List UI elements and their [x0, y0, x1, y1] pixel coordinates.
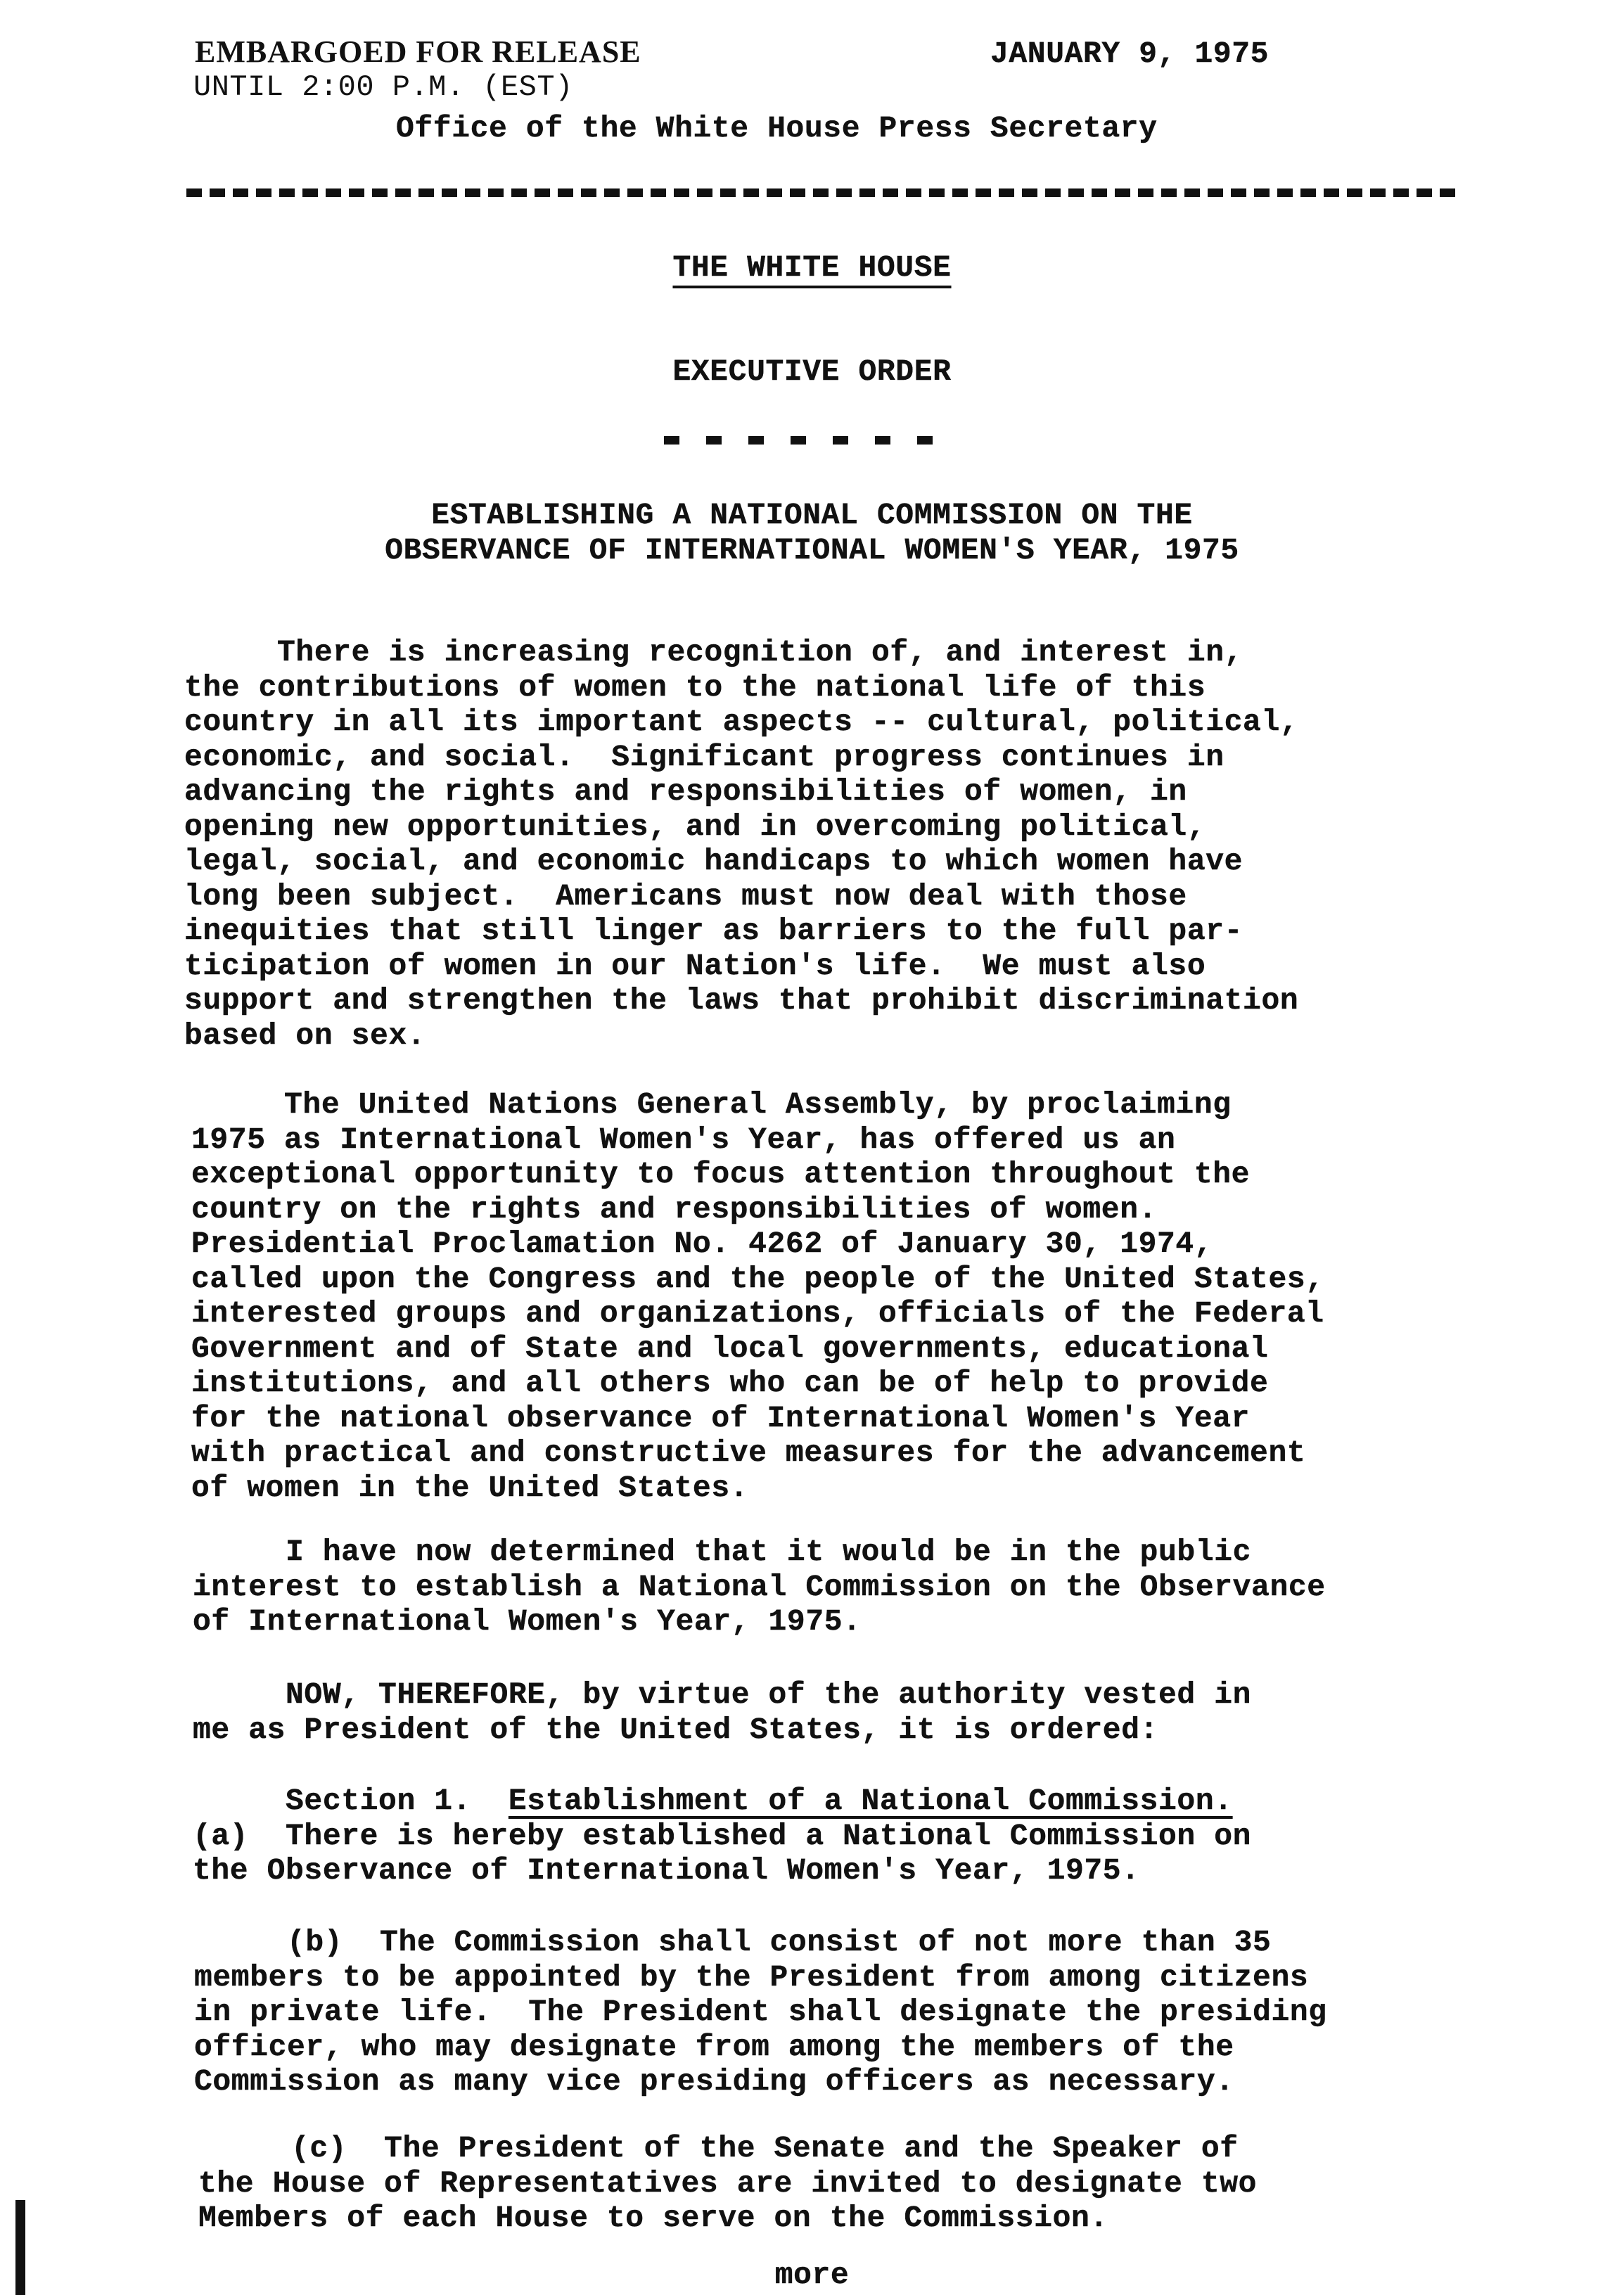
text-line: in private life. The President shall des…: [194, 1995, 1530, 2030]
text-line: institutions, and all others who can be …: [191, 1366, 1528, 1401]
text-line: (c) The President of the Senate and the …: [198, 2131, 1535, 2166]
text-line: I have now determined that it would be i…: [193, 1535, 1529, 1570]
section-1: Section 1. Establishment of a National C…: [193, 1784, 1529, 1888]
paragraph-determination: I have now determined that it would be i…: [193, 1535, 1529, 1639]
text-line: The United Nations General Assembly, by …: [191, 1087, 1528, 1123]
section-number: Section 1.: [193, 1784, 509, 1818]
dash-ornament: [664, 436, 938, 445]
text-line: support and strengthen the laws that pro…: [184, 983, 1521, 1018]
text-line: Commission as many vice presiding office…: [194, 2064, 1530, 2099]
text-line: the Observance of International Women's …: [193, 1853, 1529, 1888]
text-line: long been subject. Americans must now de…: [184, 879, 1521, 914]
issuing-office: Office of the White House Press Secretar…: [396, 111, 1158, 146]
text-line: (a) There is hereby established a Nation…: [193, 1819, 1529, 1854]
text-line: advancing the rights and responsibilitie…: [184, 774, 1521, 810]
text-line: exceptional opportunity to focus attenti…: [191, 1157, 1528, 1192]
text-line: with practical and constructive measures…: [191, 1436, 1528, 1471]
order-subject-line-1: ESTABLISHING A NATIONAL COMMISSION ON TH…: [0, 498, 1624, 533]
release-date: JANUARY 9, 1975: [990, 37, 1269, 72]
text-line: (b) The Commission shall consist of not …: [194, 1925, 1530, 1960]
text-line: opening new opportunities, and in overco…: [184, 810, 1521, 845]
paragraph-authority: NOW, THEREFORE, by virtue of the authori…: [193, 1677, 1529, 1747]
section-title: Establishment of a National Commission.: [509, 1784, 1233, 1818]
executive-order-heading: EXECUTIVE ORDER: [0, 354, 1624, 390]
text-line: for the national observance of Internati…: [191, 1401, 1528, 1436]
text-line: called upon the Congress and the people …: [191, 1262, 1528, 1297]
text-line: country in all its important aspects -- …: [184, 705, 1521, 740]
text-line: legal, social, and economic handicaps to…: [184, 844, 1521, 879]
text-line: There is increasing recognition of, and …: [184, 635, 1521, 670]
paragraph-un-proclamation: The United Nations General Assembly, by …: [191, 1087, 1528, 1505]
embargo-time: UNTIL 2:00 P.M. (EST): [193, 70, 573, 104]
paragraph-recognition: There is increasing recognition of, and …: [184, 635, 1521, 1053]
text-line: 1975 as International Women's Year, has …: [191, 1123, 1528, 1158]
text-line: interested groups and organizations, off…: [191, 1296, 1528, 1331]
text-line: of International Women's Year, 1975.: [193, 1604, 1529, 1639]
text-line: country on the rights and responsibiliti…: [191, 1192, 1528, 1227]
text-line: based on sex.: [184, 1018, 1521, 1054]
text-line: me as President of the United States, it…: [193, 1713, 1529, 1748]
text-line: NOW, THEREFORE, by virtue of the authori…: [193, 1677, 1529, 1713]
text-line: officer, who may designate from among th…: [194, 2030, 1530, 2065]
text-line: Presidential Proclamation No. 4262 of Ja…: [191, 1227, 1528, 1262]
text-line: economic, and social. Significant progre…: [184, 740, 1521, 775]
text-line: inequities that still linger as barriers…: [184, 914, 1521, 949]
continuation-marker: more: [0, 2258, 1624, 2293]
text-line: the contributions of women to the nation…: [184, 670, 1521, 705]
text-line: members to be appointed by the President…: [194, 1960, 1530, 1995]
section-1-heading-line: Section 1. Establishment of a National C…: [193, 1784, 1529, 1819]
order-subject-line-2: OBSERVANCE OF INTERNATIONAL WOMEN'S YEAR…: [0, 533, 1624, 568]
text-line: of women in the United States.: [191, 1471, 1528, 1506]
text-line: the House of Representatives are invited…: [198, 2166, 1535, 2201]
text-line: ticipation of women in our Nation's life…: [184, 949, 1521, 984]
section-1-subsection-c: (c) The President of the Senate and the …: [198, 2131, 1535, 2236]
dashed-separator: [186, 188, 1459, 197]
embargo-notice: EMBARGOED FOR RELEASE: [195, 34, 641, 70]
text-line: Government and of State and local govern…: [191, 1331, 1528, 1367]
section-1-subsection-b: (b) The Commission shall consist of not …: [194, 1925, 1530, 2099]
text-line: interest to establish a National Commiss…: [193, 1570, 1529, 1605]
text-line: Members of each House to serve on the Co…: [198, 2201, 1535, 2236]
document-page: EMBARGOED FOR RELEASE UNTIL 2:00 P.M. (E…: [0, 0, 1624, 2295]
scan-margin-mark: [15, 2200, 25, 2295]
white-house-heading: THE WHITE HOUSE: [0, 250, 1624, 286]
